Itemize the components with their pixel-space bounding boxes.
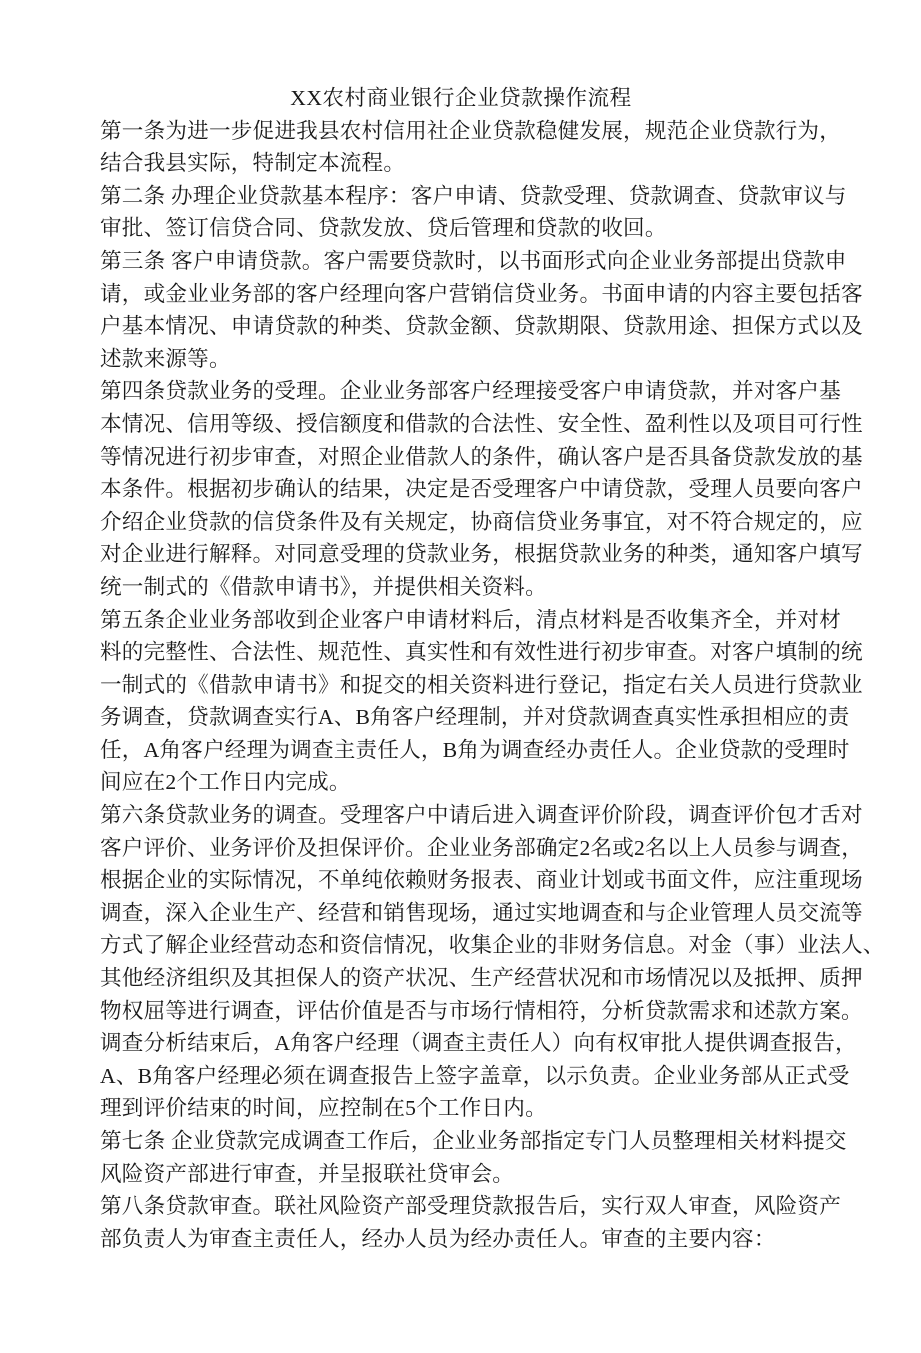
text-line-article-1-1: 第一条为进一步促进我县农村信用社企业贷款稳健发展，规范企业贷款行为， — [100, 115, 822, 148]
text-line-article-5-6: 间应在2个工作日内完成。 — [100, 766, 822, 799]
text-line-article-4-4: 本条件。根据初步确认的结果，决定是否受理客户中请贷款，受理人员要向客户 — [100, 473, 822, 506]
text-line-article-5-5: 任，A角客户经理为调查主责任人，B角为调查经办责任人。企业贷款的受理时 — [100, 734, 822, 767]
document-page: XX农村商业银行企业贷款操作流程 第一条为进一步促进我县农村信用社企业贷款稳健发… — [0, 0, 921, 1353]
text-line-article-4-3: 等情况进行初步审查，对照企业借款人的条件，确认客户是否具备贷款发放的基 — [100, 441, 822, 474]
text-line-article-6-7: 物权屈等进行调查，评估价值是否与市场行情相符，分析贷款需求和述款方案。 — [100, 995, 822, 1028]
text-line-article-6-9: A、B角客户经理必须在调查报告上签字盖章，以示负责。企业业务部从正式受 — [100, 1060, 822, 1093]
text-line-article-1-2: 结合我县实际，特制定本流程。 — [100, 147, 822, 180]
text-line-article-7-1: 第七条 企业贷款完成调查工作后，企业业务部指定专门人员整理相关材料提交 — [100, 1125, 822, 1158]
text-line-article-4-5: 介绍企业贷款的信贷条件及有关规定，协商信贷业务事宜，对不符合规定的，应 — [100, 506, 822, 539]
text-line-article-5-3: 一制式的《借款申请书》和捉交的相关资料进行登记，指定右关人员进行贷款业 — [100, 669, 822, 702]
document-title: XX农村商业银行企业贷款操作流程 — [100, 82, 822, 115]
text-line-article-6-8: 调查分析结束后，A角客户经理（调查主责任人）向有权审批人提供调查报告， — [100, 1027, 822, 1060]
text-line-article-8-1: 第八条贷款审查。联社风险资产部受理贷款报告后，实行双人审查，风险资产 — [100, 1190, 822, 1223]
text-line-article-6-2: 客户评价、业务评价及担保评价。企业业务部确定2名或2名以上人员参与调查， — [100, 832, 822, 865]
document-body: 第一条为进一步促进我县农村信用社企业贷款稳健发展，规范企业贷款行为，结合我县实际… — [100, 115, 822, 1256]
text-line-article-6-6: 其他经济组织及其担保人的资产状况、生产经营状况和市场情况以及抵押、质押 — [100, 962, 822, 995]
text-line-article-3-4: 述款来源等。 — [100, 343, 822, 376]
text-line-article-4-1: 第四条贷款业务的受理。企业业务部客户经理接受客户申请贷款，并对客户基 — [100, 375, 822, 408]
text-line-article-3-1: 第三条 客户申请贷款。客户需要贷款时，以书面形式向企业业务部提出贷款申 — [100, 245, 822, 278]
text-line-article-6-3: 根据企业的实际情况，不单纯依赖财务报表、商业计划或书面文件，应注重现场 — [100, 864, 822, 897]
text-line-article-6-10: 理到评价结束的时间，应控制在5个工作日内。 — [100, 1092, 822, 1125]
text-line-article-3-2: 请，或金业业务部的客户经理向客户营销信贷业务。书面申请的内容主要包括客 — [100, 278, 822, 311]
text-line-article-2-1: 第二条 办理企业贷款基本程序：客户申请、贷款受理、贷款调查、贷款审议与 — [100, 180, 822, 213]
text-line-article-5-1: 第五条企业业务部收到企业客户申请材料后，清点材料是否收集齐全，并对材 — [100, 604, 822, 637]
text-column: XX农村商业银行企业贷款操作流程 第一条为进一步促进我县农村信用社企业贷款稳健发… — [100, 82, 822, 1255]
text-line-article-4-7: 统一制式的《借款申请书》，并提供相关资料。 — [100, 571, 822, 604]
text-line-article-7-2: 风险资产部进行审查，并呈报联社贷审会。 — [100, 1158, 822, 1191]
text-line-article-4-6: 对企业进行解释。对同意受理的贷款业务，根据贷款业务的种类，通知客户填写 — [100, 538, 822, 571]
text-line-article-4-2: 本情况、信用等级、授信额度和借款的合法性、安全性、盈利性以及项目可行性 — [100, 408, 822, 441]
text-line-article-8-2: 部负责人为审查主责任人，经办人员为经办责任人。审查的主要内容： — [100, 1223, 822, 1256]
text-line-article-6-5: 方式了解企业经营动态和资信情况，收集企业的非财务信息。对金（事）业法人、 — [100, 929, 822, 962]
text-line-article-6-1: 第六条贷款业务的调查。受理客户中请后进入调查评价阶段，调查评价包才舌对 — [100, 799, 822, 832]
text-line-article-2-2: 审批、签订信贷合同、贷款发放、贷后管理和贷款的收回。 — [100, 212, 822, 245]
text-line-article-6-4: 调查，深入企业生产、经营和销售现场，通过实地调查和与企业管理人员交流等 — [100, 897, 822, 930]
text-line-article-5-4: 务调查，贷款调查实行A、B角客户经理制，并对贷款调查真实性承担相应的责 — [100, 701, 822, 734]
text-line-article-5-2: 料的完整性、合法性、规范性、真实性和有效性进行初步审查。对客户填制的统 — [100, 636, 822, 669]
text-line-article-3-3: 户基本情况、申请贷款的种类、贷款金额、贷款期限、贷款用途、担保方式以及 — [100, 310, 822, 343]
